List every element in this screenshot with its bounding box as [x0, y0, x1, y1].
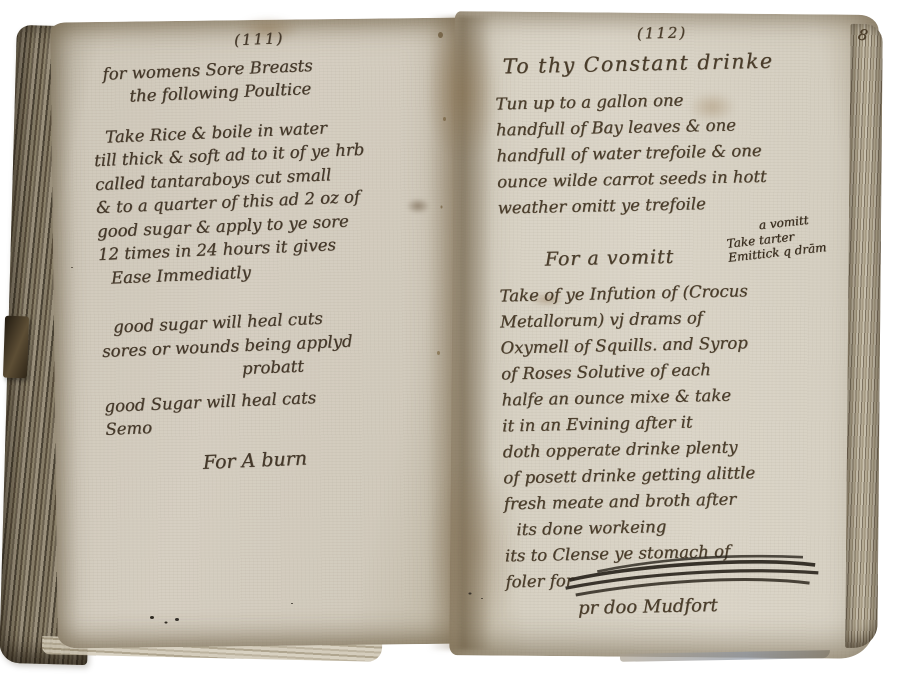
paper-stain [426, 28, 500, 158]
open-manuscript-book: (111) for womens Sore Breasts the follow… [0, 0, 900, 700]
fore-edge-pages [845, 24, 882, 648]
book-clasp [3, 316, 29, 379]
ink-specks [150, 616, 154, 619]
left-page-text: (111) for womens Sore Breasts the follow… [89, 21, 447, 479]
manuscript-line: pr doo Mudfort [578, 590, 842, 622]
struck-line-text: foler for [505, 571, 574, 591]
recipe-heading-constant-drink: To thy Constant drinke [502, 47, 830, 80]
gutter-ink-dots [438, 32, 443, 38]
right-page-text: (112) To thy Constant drinke Tun up to a… [494, 17, 842, 624]
